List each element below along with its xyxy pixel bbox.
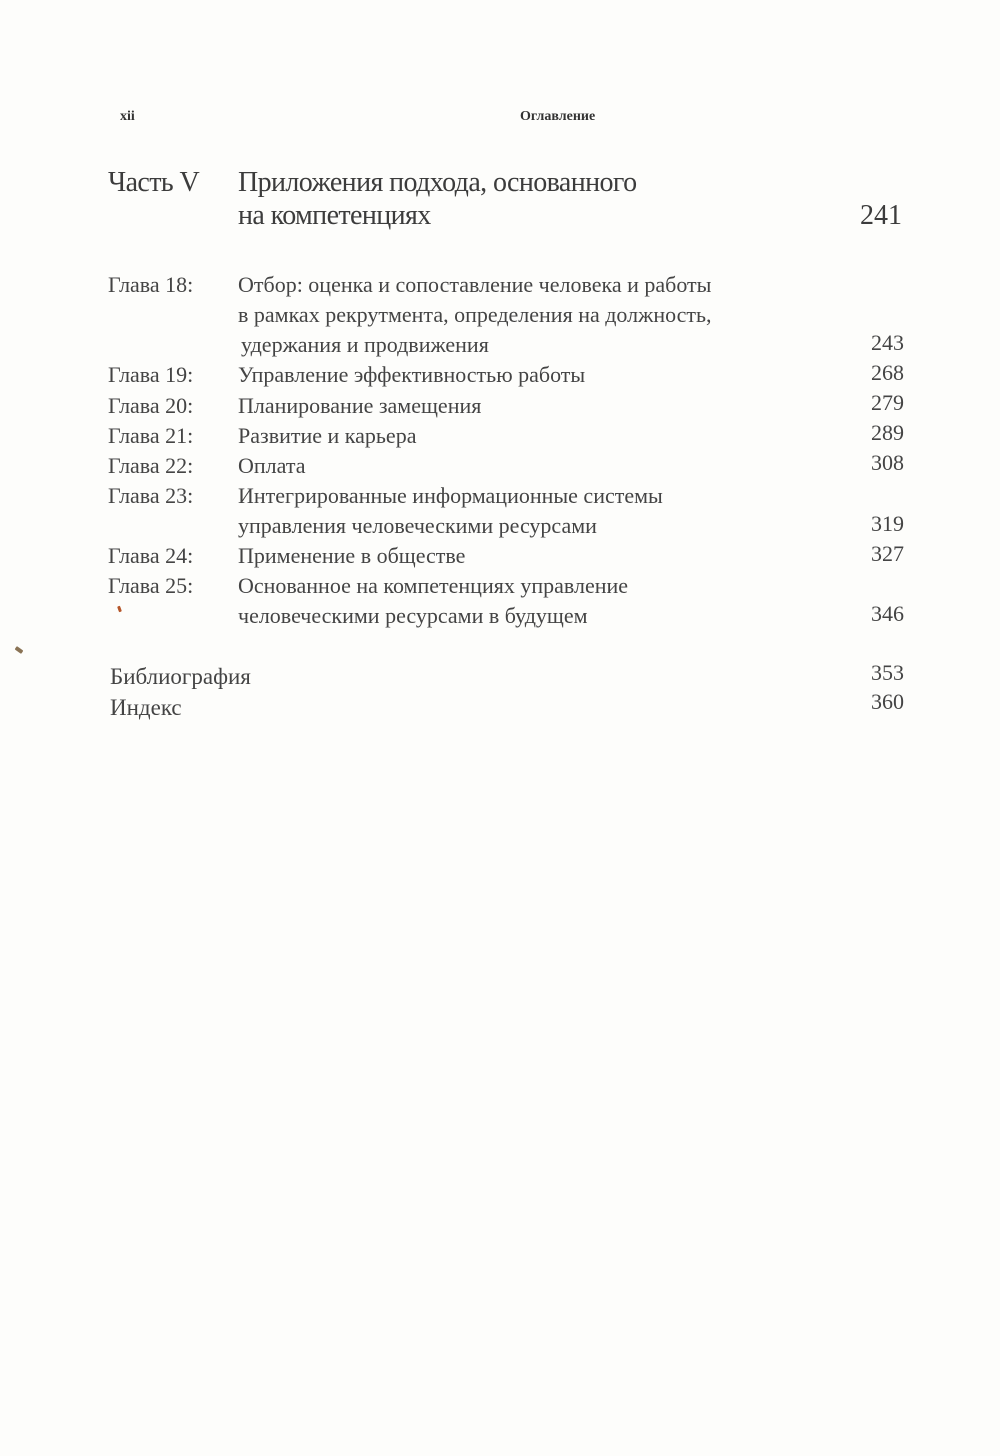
chapter-title-line: Управление эффективностью работы [238, 362, 585, 388]
chapter-title-line: Основанное на компетенциях управление [238, 573, 628, 599]
back-matter-label: Библиография [110, 664, 251, 690]
chapter-page-number: 327 [871, 541, 904, 567]
chapter-title-line: человеческими ресурсами в будущем [238, 603, 588, 629]
back-matter-page-number: 360 [871, 689, 904, 715]
chapter-label: Глава 18: [108, 272, 193, 298]
chapter-title-line: управления человеческими ресурсами [238, 513, 597, 539]
chapter-label: Глава 23: [108, 483, 193, 509]
part-label: Часть V [108, 167, 199, 199]
chapter-page-number: 243 [871, 330, 904, 356]
back-matter-page-number: 353 [871, 660, 904, 686]
chapter-page-number: 279 [871, 390, 904, 416]
chapter-label: Глава 20: [108, 393, 193, 419]
part-title-line: Приложения подхода, основанного [238, 167, 637, 199]
chapter-title-line: Применение в обществе [238, 543, 465, 569]
running-head-title: Оглавление [520, 109, 595, 125]
chapter-title-line: в рамках рекрутмента, определения на дол… [238, 302, 712, 328]
chapter-title-line: Оплата [238, 453, 305, 479]
chapter-page-number: 308 [871, 450, 904, 476]
part-title-line: на компетенциях [238, 200, 431, 232]
page-folio: xii [120, 109, 135, 125]
chapter-label: Глава 24: [108, 543, 193, 569]
scan-speck [117, 606, 122, 613]
chapter-title-line: удержания и продвижения [241, 332, 489, 358]
chapter-page-number: 268 [871, 360, 904, 386]
chapter-page-number: 289 [871, 420, 904, 446]
chapter-page-number: 319 [871, 511, 904, 537]
chapter-label: Глава 19: [108, 362, 193, 388]
part-page-number: 241 [860, 200, 902, 232]
chapter-label: Глава 22: [108, 453, 193, 479]
chapter-title-line: Развитие и карьера [238, 423, 416, 449]
chapter-title-line: Отбор: оценка и сопоставление человека и… [238, 272, 711, 298]
chapter-title-line: Планирование замещения [238, 393, 481, 419]
chapter-title-line: Интегрированные информационные системы [238, 483, 663, 509]
chapter-page-number: 346 [871, 601, 904, 627]
back-matter-label: Индекс [110, 695, 182, 721]
chapter-label: Глава 25: [108, 573, 193, 599]
chapter-label: Глава 21: [108, 423, 193, 449]
scan-speck [15, 646, 24, 654]
